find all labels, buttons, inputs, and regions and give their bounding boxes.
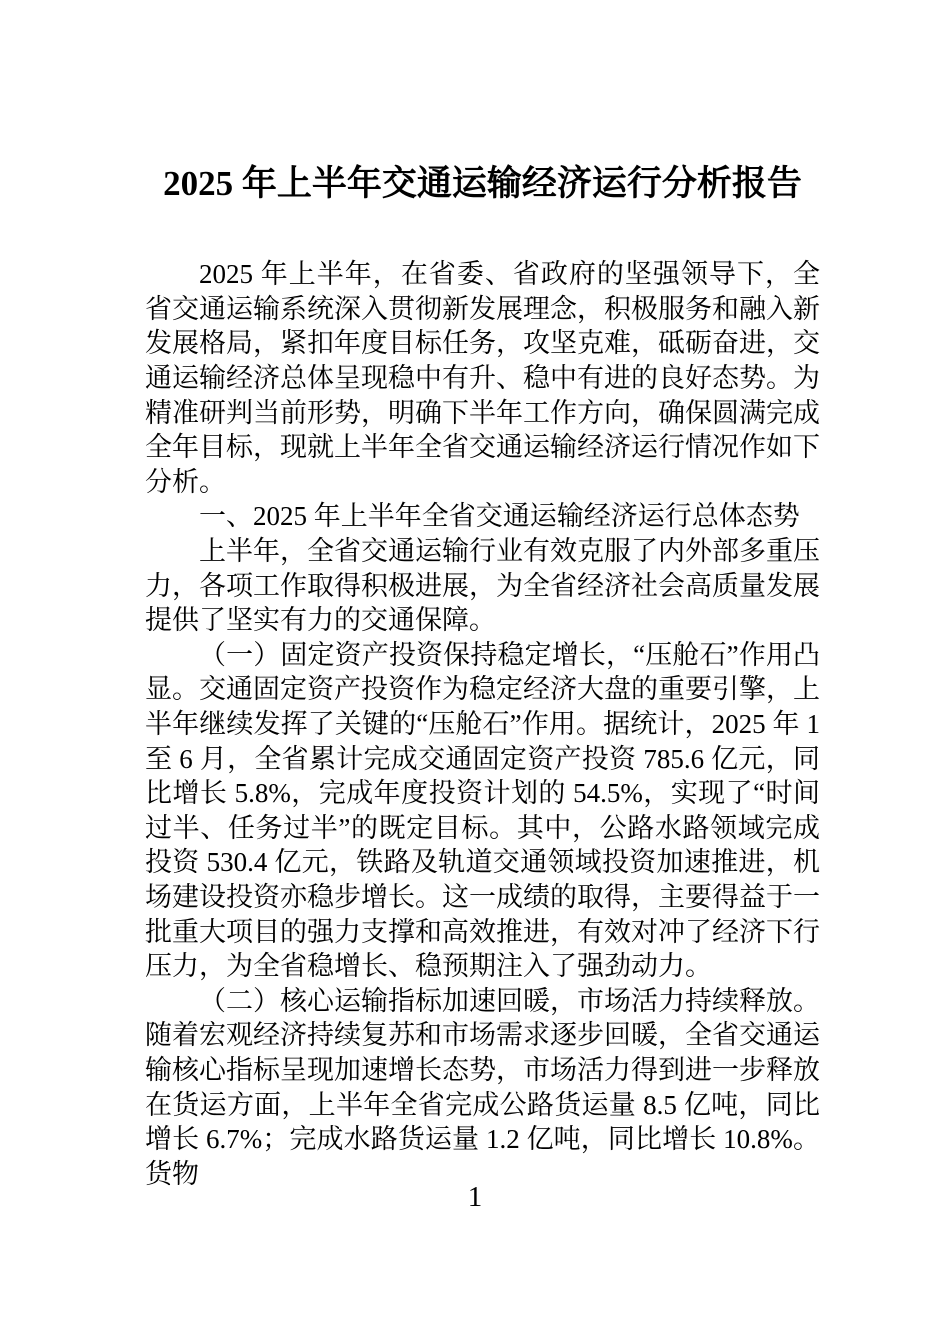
document-page: 2025 年上半年交通运输经济运行分析报告 2025 年上半年，在省委、省政府的…	[0, 0, 950, 1344]
paragraph-transport-indicators: （二）核心运输指标加速回暖，市场活力持续释放。随着宏观经济持续复苏和市场需求逐步…	[145, 984, 820, 1192]
paragraph-overview: 上半年，全省交通运输行业有效克服了内外部多重压力，各项工作取得积极进展，为全省经…	[145, 534, 820, 638]
paragraph-fixed-asset-investment: （一）固定资产投资保持稳定增长，“压舱石”作用凸显。交通固定资产投资作为稳定经济…	[145, 638, 820, 984]
section-heading-overall-situation: 一、2025 年上半年全省交通运输经济运行总体态势	[145, 499, 820, 534]
document-title: 2025 年上半年交通运输经济运行分析报告	[0, 0, 950, 207]
page-number: 1	[468, 1181, 483, 1213]
document-body: 2025 年上半年，在省委、省政府的坚强领导下，全省交通运输系统深入贯彻新发展理…	[0, 257, 950, 1191]
paragraph-intro: 2025 年上半年，在省委、省政府的坚强领导下，全省交通运输系统深入贯彻新发展理…	[145, 257, 820, 499]
page-footer: 1	[0, 1180, 950, 1215]
